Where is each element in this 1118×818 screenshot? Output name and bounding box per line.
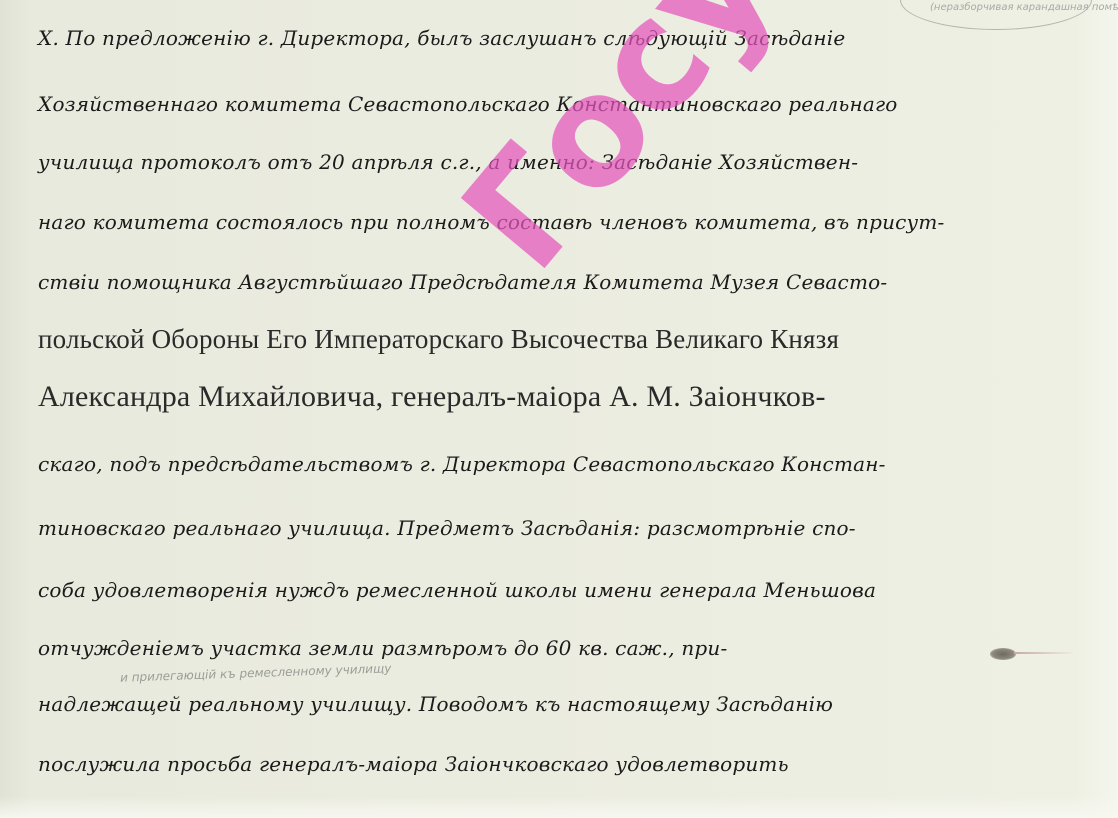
text-line-6: польской Обороны Его Императорскаго Высо…: [38, 324, 1094, 355]
text-line-3: училища протоколъ отъ 20 апрѣля с.г., а …: [38, 150, 1094, 174]
text-line-1: X. По предложенію г. Директора, былъ зас…: [38, 26, 1094, 50]
text-line-2: Хозяйственнаго комитета Севастопольскаго…: [38, 92, 1094, 116]
text-line-12: надлежащей реальному училищу. Поводомъ к…: [38, 692, 1094, 716]
text-line-13: послужила просьба генералъ-маіора Заіонч…: [38, 752, 1094, 776]
interlinear-pencil-note: и прилегающій къ ремесленному училищу: [120, 661, 392, 684]
corner-pencil-note: (неразборчивая карандашная помѣта): [930, 2, 1118, 13]
text-line-10: соба удовлетворенія нуждъ ремесленной шк…: [38, 578, 1094, 602]
text-line-8: скаго, подъ предсѣдательствомъ г. Директ…: [38, 452, 1094, 476]
text-line-7: Александра Михайловича, генералъ-маіора …: [38, 380, 1094, 414]
red-pencil-stroke: [1014, 652, 1076, 654]
text-line-9: тиновскаго реальнаго училища. Предметъ З…: [38, 516, 1094, 540]
text-line-11: отчужденіемъ участка земли размѣромъ до …: [38, 636, 1094, 660]
paper-hole-damage: [990, 648, 1016, 660]
text-line-4: наго комитета состоялось при полномъ сос…: [38, 210, 1094, 234]
document-page: (неразборчивая карандашная помѣта) X. По…: [0, 0, 1118, 818]
text-line-5: ствіи помощника Августѣйшаго Предсѣдател…: [38, 270, 1094, 294]
